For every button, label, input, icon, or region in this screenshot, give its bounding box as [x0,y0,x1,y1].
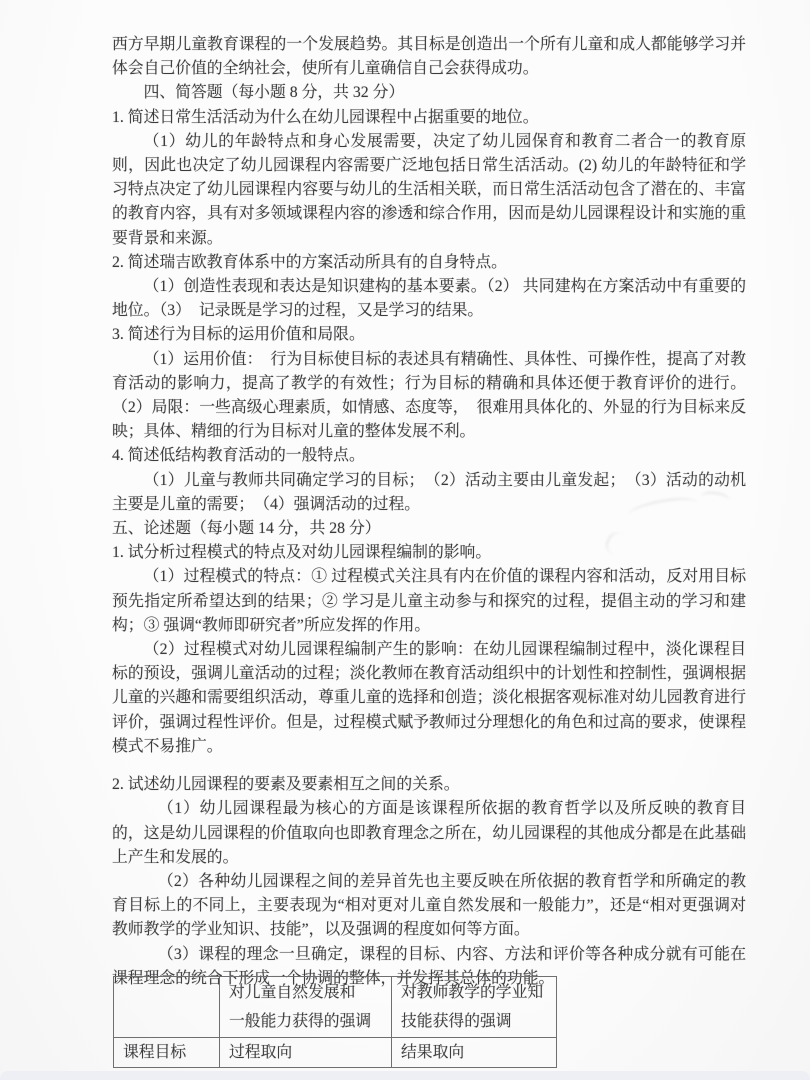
question-4-4: 4. 简述低结构教育活动的一般特点。 [112,444,746,468]
document-body-text: 西方早期儿童教育课程的一个发展趋势。其目标是创造出一个所有儿童和成人都能够学习并… [112,33,746,991]
answer-5-2-part2: （2）各种幼儿园课程之间的差异首先也主要反映在所依据的教育哲学和所确定的教育目标… [112,870,746,943]
heading-section-4-short-answer: 四、简答题（每小题 8 分，共 32 分） [112,81,746,105]
curriculum-orientation-table: 对儿童自然发展和 一般能力获得的强调 对教师教学的学业知 技能获得的强调 课程目… [113,976,557,1068]
answer-5-1-part1: （1）过程模式的特点：① 过程模式关注具有内在价值的课程内容和活动，反对用目标预… [112,565,746,638]
question-5-2: 2. 试述幼儿园课程的要素及要素相互之间的关系。 [112,773,746,797]
table-cell-process-orientation: 过程取向 [220,1038,392,1068]
answer-4-3: （1）运用价值： 行为目标使目标的表述具有精确性、具体性、可操作性，提高了对教育… [112,348,746,445]
scanned-document-page: 西方早期儿童教育课程的一个发展趋势。其目标是创造出一个所有儿童和成人都能够学习并… [0,0,810,1080]
table-cell-result-orientation: 结果取向 [392,1038,557,1068]
answer-4-2: （1）创造性表现和表达是知识建构的基本要素。（2） 共同建构在方案活动中有重要的… [112,275,746,323]
table-header-row: 对儿童自然发展和 一般能力获得的强调 对教师教学的学业知 技能获得的强调 [114,977,557,1038]
table-row-curriculum-goal: 课程目标 过程取向 结果取向 [114,1038,557,1068]
question-5-1: 1. 试分析过程模式的特点及对幼儿园课程编制的影响。 [112,541,746,565]
table-cell-row-label: 课程目标 [114,1038,220,1068]
answer-4-4: （1）儿童与教师共同确定学习的目标； （2）活动主要由儿童发起； （3）活动的动… [112,469,746,517]
answer-5-2-part1: （1）幼儿园课程最为核心的方面是该课程所依据的教育哲学以及所反映的教育目的，这是… [112,797,746,870]
question-4-1: 1. 简述日常生活活动为什么在幼儿园课程中占据重要的地位。 [112,106,746,130]
para-intro-continuation: 西方早期儿童教育课程的一个发展趋势。其目标是创造出一个所有儿童和成人都能够学习并… [112,33,746,81]
heading-section-5-essay: 五、论述题（每小题 14 分，共 28 分） [112,517,746,541]
answer-5-1-part2: （2）过程模式对幼儿园课程编制产生的影响：在幼儿园课程编制过程中，淡化课程目标的… [112,638,746,759]
answer-4-1: （1）幼儿的年龄特点和身心发展需要，决定了幼儿园保育和教育二者合一的教育原则，因… [112,130,746,251]
question-4-3: 3. 简述行为目标的运用价值和局限。 [112,323,746,347]
table-header-empty-cell [114,977,220,1038]
table-header-child-development: 对儿童自然发展和 一般能力获得的强调 [220,977,392,1038]
next-page-edge-strip [0,1071,810,1080]
table-header-teacher-knowledge: 对教师教学的学业知 技能获得的强调 [392,977,557,1038]
question-4-2: 2. 简述瑞吉欧教育体系中的方案活动所具有的自身特点。 [112,251,746,275]
